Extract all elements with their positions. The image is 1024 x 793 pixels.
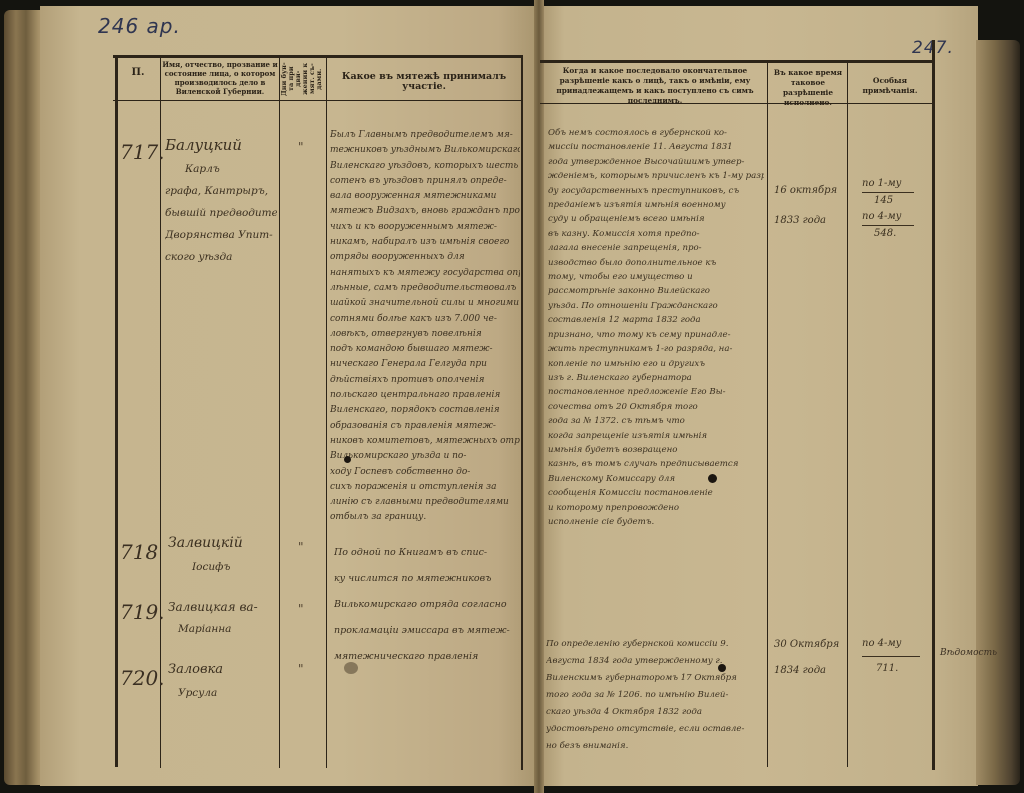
text-line: скаго уѣзда 4 Октября 1832 года	[546, 704, 764, 721]
header-resolution: Когда и какое последовало окончательное …	[544, 66, 766, 106]
text-line: изводство было дополнительное къ	[548, 256, 764, 270]
text-line: имѣнія будетъ возвращено	[548, 443, 764, 457]
entry-name-717: Балуцкий Карлъ графа, Кантрыръ, бывшій п…	[165, 132, 277, 268]
text-line: Вилькомирскаго уѣзда и по-	[330, 449, 520, 464]
text-line: Виленскимъ губернаторомъ 17 Октября	[546, 670, 764, 687]
text-line: признано, что тому къ сему принадле-	[548, 328, 764, 342]
text-line: мятежническаго правленія	[334, 644, 520, 670]
text-line: по 4-му	[862, 209, 928, 225]
text-line: преданіемъ изъятія имѣнія военному	[548, 198, 764, 212]
text-line: отряды вооруженныхъ для	[330, 250, 520, 265]
table-top-border-left	[113, 55, 523, 58]
paper-hole	[718, 664, 726, 672]
col-divider-resolution	[767, 62, 768, 767]
col-divider-execution	[847, 62, 848, 767]
text-line: по 1-му	[862, 176, 928, 192]
entry-notes-717: по 1-му 145 по 4-му 548.	[862, 176, 928, 242]
text-line: 145	[862, 192, 914, 209]
text-line: миссіи постановленіе 11. Августа 1831	[548, 140, 764, 154]
text-line: сочества отъ 20 Октября того	[548, 400, 764, 414]
text-line: ку числится по мятежниковъ	[334, 566, 520, 592]
entry-execution-717: 16 октября 1833 года	[774, 176, 846, 236]
col-divider-name	[279, 58, 280, 768]
text-line: суду и обращеніемъ всего имѣнія	[548, 212, 764, 226]
text-line: въ казну. Комиссія хотя предпо-	[548, 227, 764, 241]
text-line: польскаго центральнаго правленія	[330, 388, 520, 403]
name-line: Балуцкий	[165, 132, 277, 158]
text-line: 30 Октября	[774, 632, 846, 658]
header-notes: Особыя примѣчанія.	[850, 76, 930, 96]
text-line: сотнями болѣе какъ изъ 7.000 че-	[330, 312, 520, 327]
entry-resolution-717: Объ немъ состоялось в губернской ко- мис…	[548, 126, 764, 529]
text-line: 548.	[862, 225, 914, 242]
text-line: Былъ Главнымъ предводителемъ мя-	[330, 128, 520, 143]
entry-execution-720: 30 Октября 1834 года	[774, 632, 846, 684]
name-line: Карлъ	[165, 158, 277, 180]
text-line: копленіе по имѣнію его и другихъ	[548, 357, 764, 371]
text-line: жить преступникамъ 1-го разряда, на-	[548, 342, 764, 356]
text-line: сообщенія Комиссіи постановленіе	[548, 486, 764, 500]
entry-number: 717.	[120, 140, 165, 164]
text-line: подъ командою бывшаго мятеж-	[330, 342, 520, 357]
text-line: постановленное предложеніе Его Вы-	[548, 385, 764, 399]
left-page-edges	[4, 10, 44, 785]
text-line: лагала внесеніе запрещенія, про-	[548, 241, 764, 255]
text-line: казнѣ, въ томъ случаѣ предписывается	[548, 457, 764, 471]
text-line: образованія съ правленія мятеж-	[330, 419, 520, 434]
text-line: уѣзда. По отношеніи Гражданскаго	[548, 299, 764, 313]
text-line: Августа 1834 года утвержденному г.	[546, 653, 764, 670]
name-line: Урсула	[168, 682, 278, 704]
text-line: удостовѣрено отсутствіе, если оставле-	[546, 721, 764, 738]
text-line: тежниковъ уѣзднымъ Вилькомирскаго	[330, 143, 520, 158]
text-line: ходу Госпевъ собственно до-	[330, 465, 520, 480]
text-line: дѣйствіяхъ противъ ополченія	[330, 373, 520, 388]
paper-hole	[344, 456, 351, 463]
text-line: изъ г. Виленскаго губернатора	[548, 371, 764, 385]
name-line: Маріанна	[168, 618, 278, 640]
name-line: Залвицкая ва-	[168, 596, 278, 618]
text-line: сотенъ въ уѣздовъ принялъ опреде-	[330, 174, 520, 189]
text-line: шайкой значительной силы и многими	[330, 296, 520, 311]
text-line: Объ немъ состоялось в губернской ко-	[548, 126, 764, 140]
text-line: нанятыхъ къ мятежу государства опреде-	[330, 266, 520, 281]
text-line: тому, чтобы его имущество и	[548, 270, 764, 284]
entry-number: 720.	[120, 666, 165, 690]
ditto-mark: "	[298, 602, 304, 616]
text-line: отбылъ за границу.	[330, 510, 520, 525]
text-line: года за № 1372. съ тѣмъ что	[548, 414, 764, 428]
text-line: 1833 года	[774, 206, 846, 236]
text-line: когда запрещеніе изъятія имѣнія	[548, 429, 764, 443]
ditto-mark: "	[298, 140, 304, 154]
text-line: никовъ комитетовъ, мятежныхъ отрядовъ	[330, 434, 520, 449]
name-line: ского уѣзда	[165, 246, 277, 268]
text-line: линію съ главными предводителями	[330, 495, 520, 510]
paper-stain	[344, 662, 358, 674]
entry-number: 718	[120, 540, 158, 564]
text-line: мятежъ Видзахъ, вновь гражданъ про-	[330, 204, 520, 219]
header-participation: Какое въ мятежѣ принималъ участіе.	[330, 72, 518, 92]
text-line: сихъ пораженія и отступленія за	[330, 480, 520, 495]
text-line: года утвержденное Высочайшимъ утвер-	[548, 155, 764, 169]
text-line: но безъ вниманія.	[546, 738, 764, 755]
entry-name-718: Залвицкій Іосифъ	[168, 530, 278, 578]
right-page-edges	[976, 40, 1020, 785]
entry-participation-718: По одной по Книгамъ въ спис- ку числится…	[334, 540, 520, 670]
entry-notes-720: по 4-му 711.	[862, 632, 928, 681]
table-left-border	[115, 55, 118, 767]
left-page-number: 246 ap.	[98, 14, 181, 38]
name-line: Іосифъ	[168, 556, 278, 578]
margin-note: Вѣдомость	[940, 648, 997, 658]
table-right-border	[932, 40, 935, 770]
entry-number: 719.	[120, 600, 165, 624]
text-line: 1834 года	[774, 658, 846, 684]
text-line: 16 октября	[774, 176, 846, 206]
text-line: никамъ, набиралъ изъ имѣнія своего	[330, 235, 520, 250]
text-line: По одной по Книгамъ въ спис-	[334, 540, 520, 566]
name-line: графа, Кантрыръ,	[165, 180, 277, 202]
text-line: и которому препровождено	[548, 501, 764, 515]
paper-hole	[708, 474, 717, 483]
text-line: лѣнные, самъ предводительствовалъ	[330, 281, 520, 296]
header-days: Дни бун-та при дви-жении к мят. съ-дами.	[281, 60, 325, 98]
text-line: исполненіе сіе будетъ.	[548, 515, 764, 529]
entry-name-719: Залвицкая ва- Маріанна	[168, 596, 278, 640]
table-top-border-right	[540, 60, 935, 63]
ditto-mark: "	[298, 662, 304, 676]
text-line: Виленскаго, порядокъ составленія	[330, 403, 520, 418]
open-ledger-book: 246 ap. 247. П. Имя, отчество, прозвание…	[0, 0, 1024, 793]
text-line: жденіемъ, которымъ причисленъ къ 1-му ра…	[548, 169, 764, 183]
name-line: бывшій предводитель	[165, 202, 277, 224]
header-number: П.	[118, 68, 158, 78]
text-line: составленія 12 марта 1832 года	[548, 313, 764, 327]
text-line: 711.	[862, 656, 920, 681]
header-execution: Въ какое время таковое разрѣшеніе исполн…	[770, 68, 846, 108]
header-name: Имя, отчество, прозвание и состояние лиц…	[162, 60, 278, 96]
text-line: По определенію губернской комиссіи 9.	[546, 636, 764, 653]
name-line: Дворянства Упит-	[165, 224, 277, 246]
text-line: Виленскаго уѣздовъ, которыхъ шесть	[330, 159, 520, 174]
text-line: чихъ и къ вооруженнымъ мятеж-	[330, 220, 520, 235]
text-line: Вилькомирскаго отряда согласно	[334, 592, 520, 618]
entry-participation-717: Былъ Главнымъ предводителемъ мя- тежнико…	[330, 128, 520, 526]
col-divider-no	[160, 58, 161, 768]
text-line: по 4-му	[862, 632, 928, 656]
name-line: Залвицкій	[168, 530, 278, 556]
text-line: рассмотрѣніе законно Вилейскаго	[548, 284, 764, 298]
text-line: прокламаціи эмиссара въ мятеж-	[334, 618, 520, 644]
text-line: ловѣкъ, отвергнувъ повелѣнія	[330, 327, 520, 342]
text-line: Виленскому Комиссару для	[548, 472, 764, 486]
text-line: ническаго Генерала Гелгуда при	[330, 357, 520, 372]
ditto-mark: "	[298, 540, 304, 554]
entry-name-720: Заловка Урсула	[168, 658, 278, 704]
name-line: Заловка	[168, 658, 278, 682]
text-line: ду государственныхъ преступниковъ, съ	[548, 184, 764, 198]
header-divider-left	[113, 100, 523, 101]
entry-resolution-720: По определенію губернской комиссіи 9. Ав…	[546, 636, 764, 755]
text-line: вала вооруженная мятежниками	[330, 189, 520, 204]
col-divider-participation	[521, 58, 523, 770]
text-line: того года за № 1206. по имѣнію Вилей-	[546, 687, 764, 704]
book-spine	[534, 0, 544, 793]
col-divider-days	[326, 58, 327, 768]
